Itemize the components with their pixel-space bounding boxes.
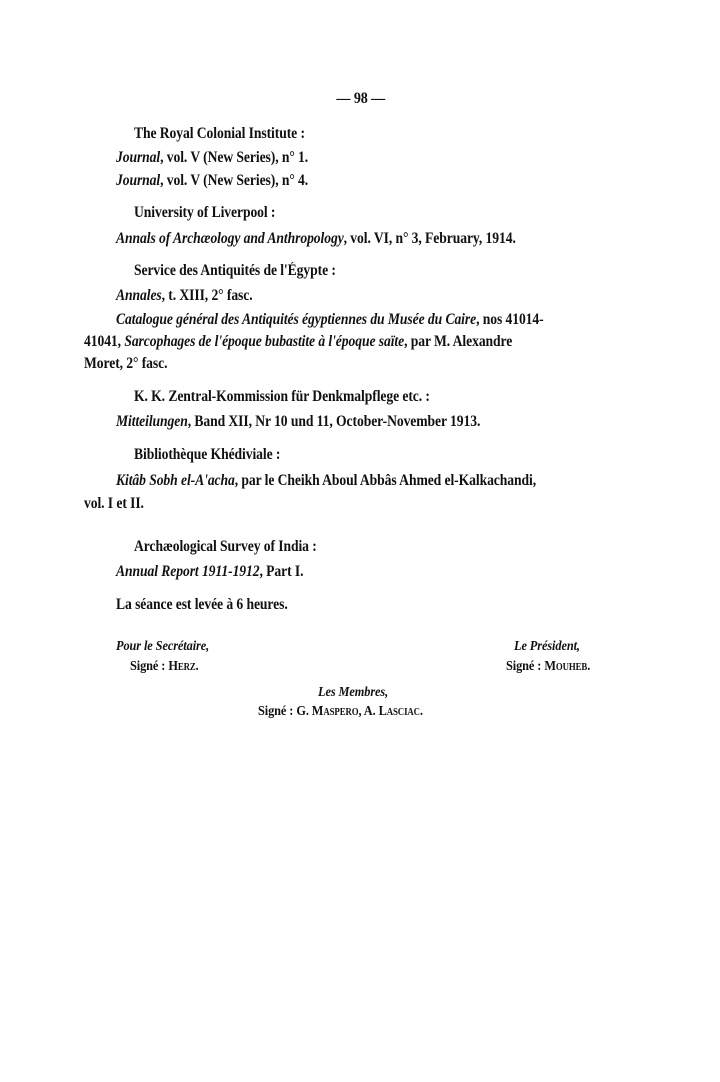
president-name: Mouheb. (544, 659, 590, 674)
entry-numbers: 41041, (84, 333, 124, 350)
document-page: — 98 — The Royal Colonial Institute : Jo… (0, 0, 720, 1082)
entry-continuation: Moret, 2° fasc. (84, 355, 167, 373)
entry-details: , par le Cheikh Aboul Abbâs Ahmed el-Kal… (235, 472, 536, 489)
secretary-name: Herz. (168, 659, 198, 674)
entry-title: Journal (116, 149, 160, 166)
entry-details: , Band XII, Nr 10 und 11, October-Novemb… (188, 413, 481, 430)
members-title: Les Membres, (318, 685, 388, 701)
section-heading: K. K. Zentral-Kommission für Denkmalpfle… (134, 388, 430, 406)
entry-details: , vol. V (New Series), n° 4. (160, 172, 308, 189)
closing-statement: La séance est levée à 6 heures. (116, 596, 288, 614)
entry-title: Annual Report 1911-1912 (116, 563, 260, 580)
members-signature: Signé : G. Maspero, A. Lasciac. (258, 704, 423, 720)
entry: Kitâb Sobh el-A'acha, par le Cheikh Abou… (116, 472, 536, 490)
secretary-signature: Signé : Herz. (130, 659, 199, 675)
entry-details: , vol. V (New Series), n° 1. (160, 149, 308, 166)
entry-details: , vol. VI, n° 3, February, 1914. (344, 230, 516, 247)
sign-prefix: Signé : (506, 659, 544, 674)
entry-details: , nos 41014- (476, 311, 544, 328)
president-signature: Signé : Mouheb. (506, 659, 590, 675)
entry: Annals of Archæology and Anthropology, v… (116, 230, 516, 248)
president-title: Le Président, (514, 639, 580, 655)
section-heading: Service des Antiquités de l'Égypte : (134, 262, 336, 280)
members-names: G. Maspero, A. Lasciac. (296, 704, 423, 719)
entry-continuation: 41041, Sarcophages de l'époque bubastite… (84, 333, 512, 351)
entry-title: Annals of Archæology and Anthropology (116, 230, 344, 247)
entry-details: , Part I. (260, 563, 304, 580)
entry-subtitle: Sarcophages de l'époque bubastite à l'ép… (124, 333, 404, 350)
entry: Catalogue général des Antiquités égyptie… (116, 311, 544, 329)
section-heading: The Royal Colonial Institute : (134, 125, 305, 143)
entry: Annales, t. XIII, 2° fasc. (116, 287, 253, 305)
page-number: — 98 — (0, 90, 720, 108)
entry-details: , t. XIII, 2° fasc. (162, 287, 253, 304)
entry-title: Journal (116, 172, 160, 189)
entry-continuation: vol. I et II. (84, 495, 144, 513)
entry-details: , par M. Alexandre (404, 333, 512, 350)
entry: Mitteilungen, Band XII, Nr 10 und 11, Oc… (116, 413, 480, 431)
entry: Journal, vol. V (New Series), n° 4. (116, 172, 308, 190)
section-heading: Bibliothèque Khédiviale : (134, 446, 280, 464)
sign-prefix: Signé : (130, 659, 168, 674)
entry-title: Mitteilungen (116, 413, 188, 430)
entry: Journal, vol. V (New Series), n° 1. (116, 149, 308, 167)
section-heading: Archæological Survey of India : (134, 538, 317, 556)
sign-prefix: Signé : (258, 704, 296, 719)
secretary-title: Pour le Secrétaire, (116, 639, 209, 655)
entry-title: Annales (116, 287, 162, 304)
section-heading: University of Liverpool : (134, 204, 275, 222)
entry: Annual Report 1911-1912, Part I. (116, 563, 303, 581)
entry-title: Catalogue général des Antiquités égyptie… (116, 311, 476, 328)
entry-title: Kitâb Sobh el-A'acha (116, 472, 235, 489)
